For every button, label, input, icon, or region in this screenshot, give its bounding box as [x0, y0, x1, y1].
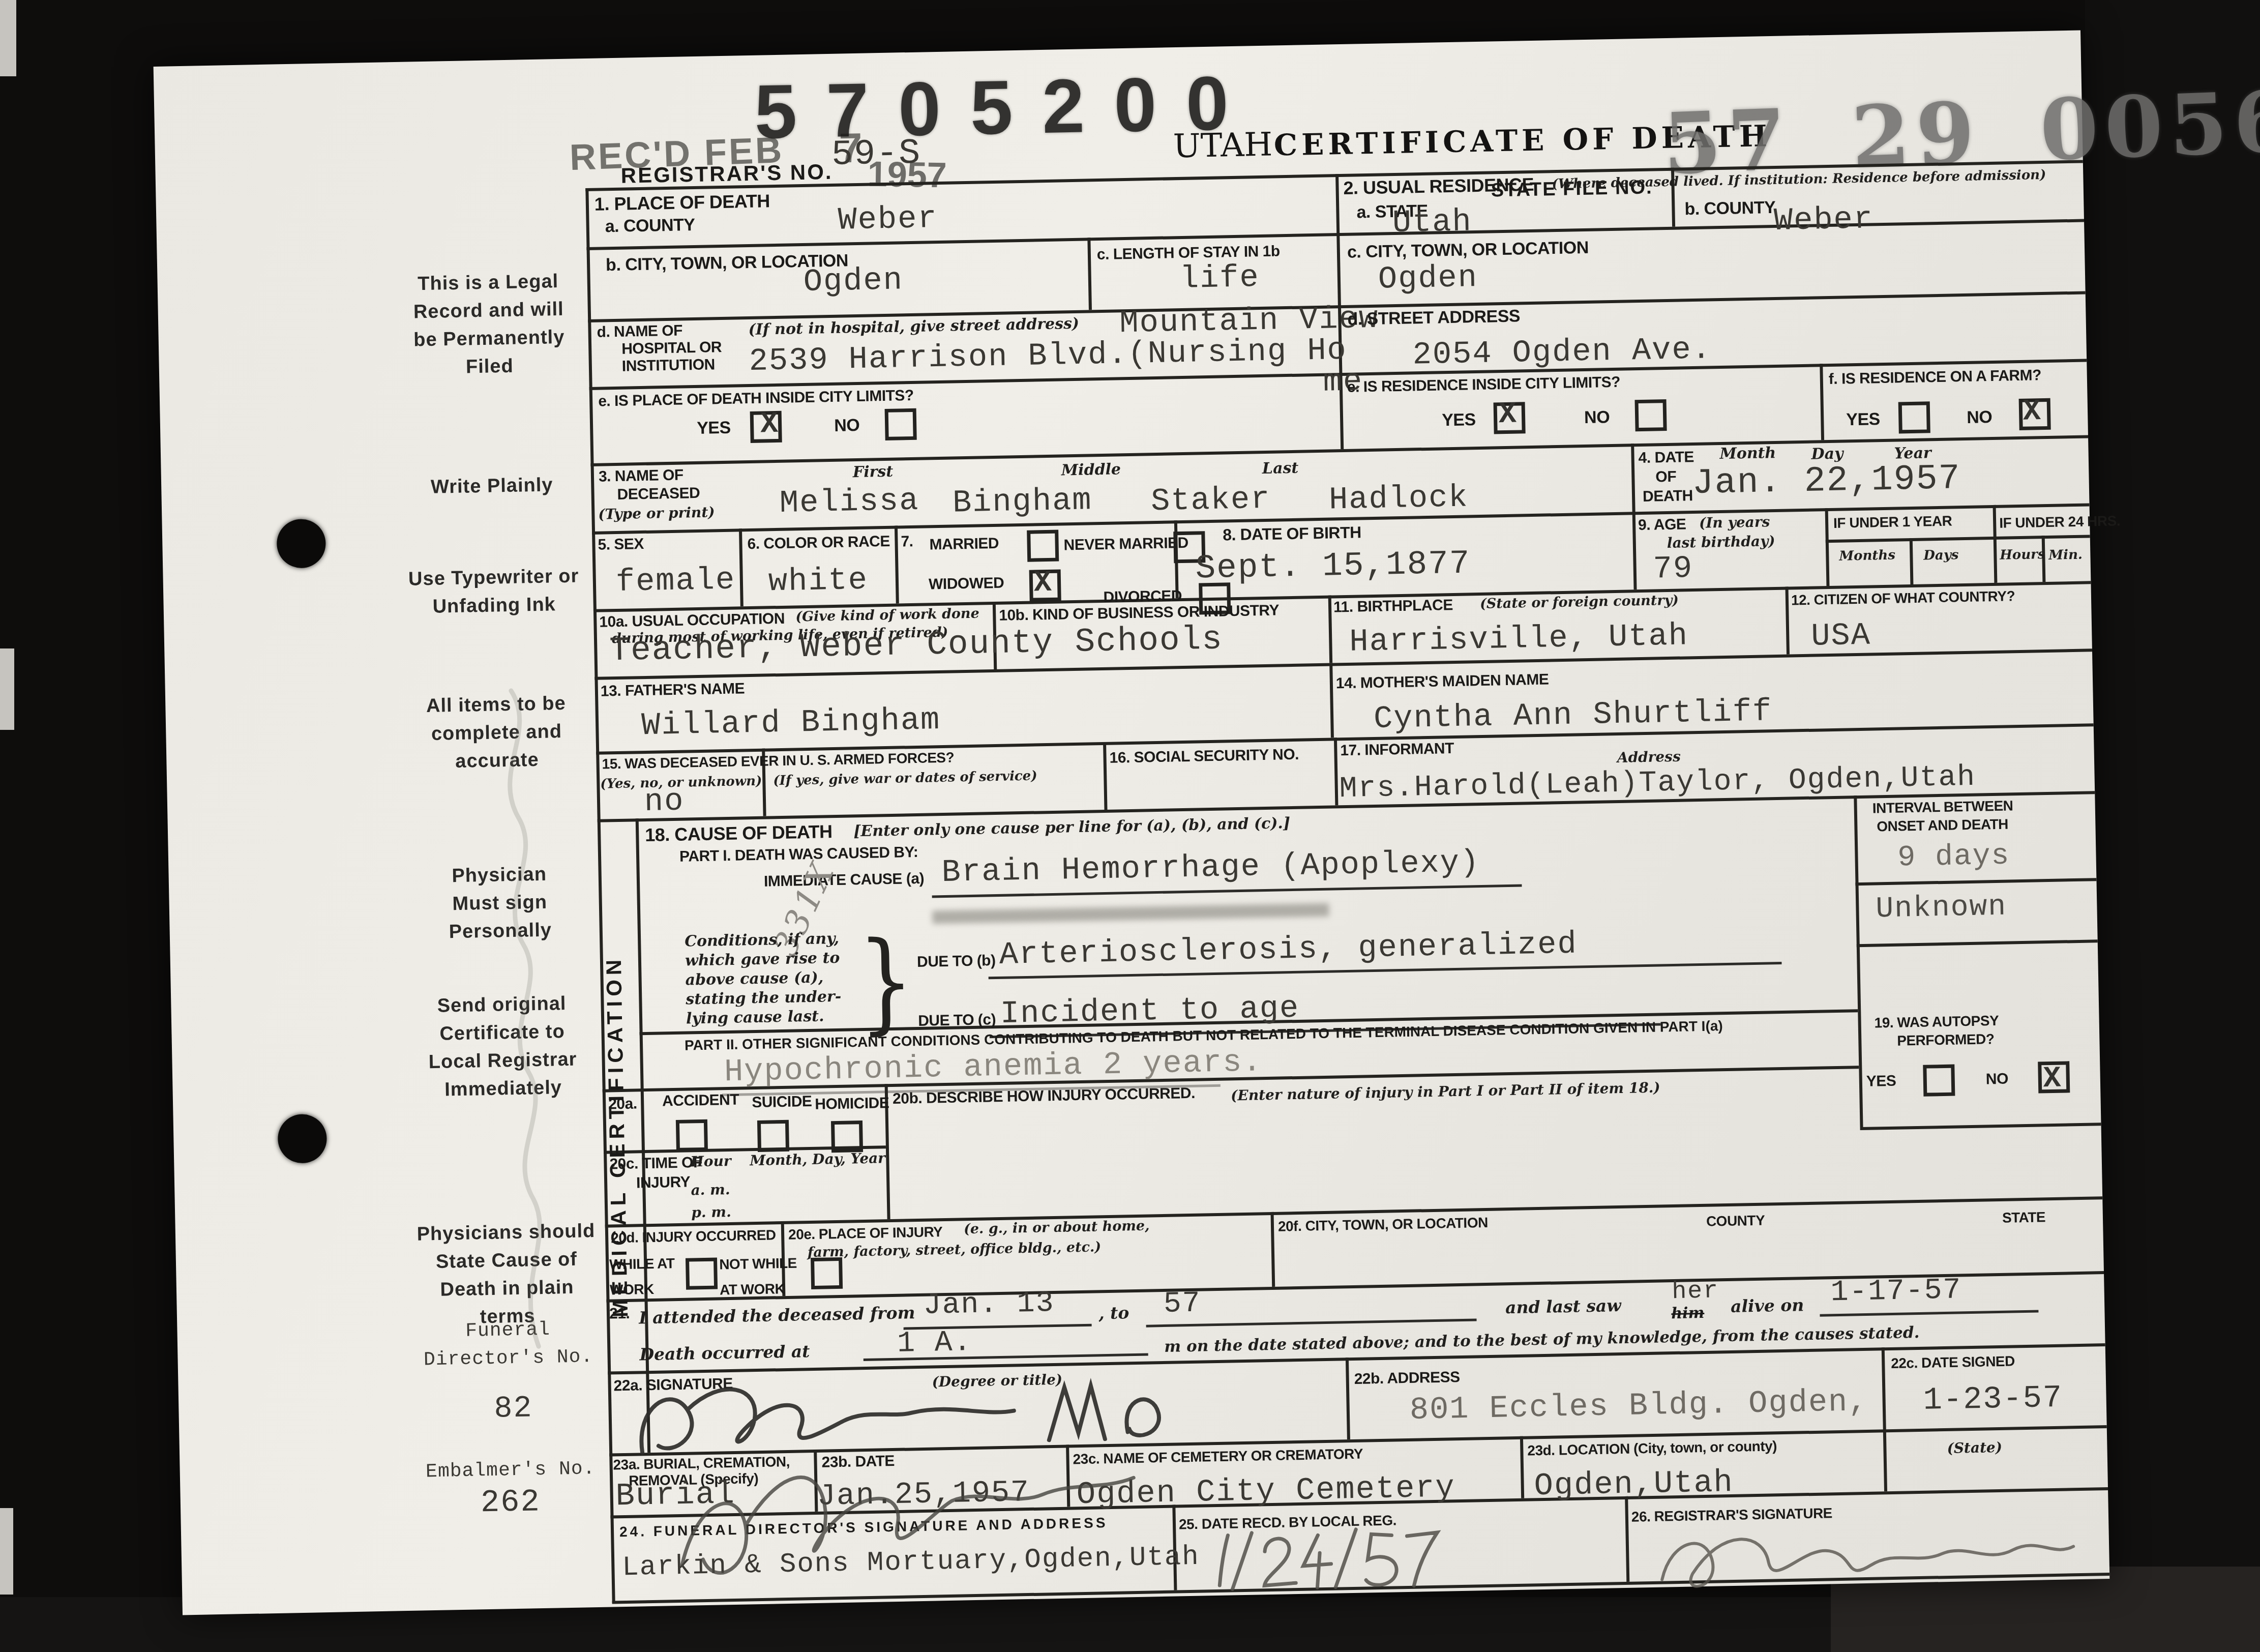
- field-20c-label: INJURY: [636, 1173, 691, 1192]
- rule: [1328, 596, 1333, 663]
- field-1d-label: INSTITUTION: [622, 356, 715, 375]
- field-18b-due-label: DUE TO (b): [917, 952, 996, 971]
- date-received-handwriting: [1203, 1520, 1469, 1601]
- field-21-text: Death occurred at: [639, 1341, 810, 1364]
- field-19-no-label: NO: [1985, 1071, 2008, 1088]
- margin-note: Use Typewriter or Unfading Ink: [402, 562, 586, 622]
- field-9-hint: last birthday): [1667, 533, 1775, 551]
- field-20b-label: 20b. DESCRIBE HOW INJURY OCCURRED.: [893, 1085, 1195, 1108]
- film-right-band: [2085, 0, 2260, 1652]
- field-9-months-header: Months: [1839, 548, 1895, 564]
- field-9-hours-header: Hours: [2000, 547, 2045, 563]
- field-18-conditions-hint: above cause (a),: [685, 968, 823, 989]
- field-3-label: 3. NAME OF: [599, 466, 683, 485]
- field-9-label: 9. AGE: [1638, 516, 1686, 534]
- field-9-days-header: Days: [1923, 547, 1959, 563]
- field-3-value-last: Hadlock: [1328, 479, 1469, 518]
- field-7-never-married-label: NEVER MARRIED: [1063, 535, 1188, 554]
- field-2f-no-label: NO: [1967, 407, 1993, 428]
- rule: [1270, 1212, 1275, 1287]
- ink-smudge: [932, 903, 1329, 924]
- field-21-text: and last saw: [1505, 1295, 1621, 1317]
- field-19-label: 19. WAS AUTOPSY: [1874, 1013, 1999, 1031]
- funeral-director-no-value: 82: [494, 1391, 533, 1426]
- field-20e-hint: farm, factory, street, office bldg., etc…: [808, 1239, 1102, 1260]
- field-9-min-header: Min.: [2048, 547, 2083, 563]
- field-11-value: Harrisville, Utah: [1349, 617, 1689, 660]
- rule: [1785, 587, 1790, 655]
- field-22b-value: 801 Eccles Bldg. Ogden,: [1409, 1383, 1868, 1428]
- field-2b-value: Weber: [1773, 201, 1874, 239]
- field-21-num: 21.: [609, 1305, 630, 1323]
- field-19-yes-label: YES: [1866, 1073, 1896, 1090]
- field-9-value: 79: [1653, 550, 1693, 587]
- field-2e-no-checkbox: [1635, 399, 1667, 431]
- margin-note: This is a Legal Record and will be Perma…: [409, 268, 569, 382]
- field-1b-value: Ogden: [803, 262, 903, 300]
- field-2e-yes-checkmark: X: [1498, 398, 1516, 432]
- rule: [1993, 505, 1998, 583]
- field-3-first-header: First: [853, 463, 894, 481]
- field-13-label: 13. FATHER'S NAME: [601, 680, 745, 700]
- rule: [1882, 1347, 1887, 1491]
- field-3-middle-header: Middle: [1061, 460, 1121, 479]
- field-22c-value: 1-23-57: [1923, 1380, 2063, 1419]
- rule: [1346, 1358, 1350, 1439]
- field-20a-homicide-checkbox: [831, 1120, 863, 1153]
- interval-label: INTERVAL BETWEEN: [1872, 798, 2013, 816]
- rule: [895, 526, 899, 604]
- rule: [1631, 444, 1637, 589]
- field-2f-yes-label: YES: [1846, 409, 1880, 430]
- field-22b-label: 22b. ADDRESS: [1354, 1369, 1460, 1388]
- field-7-widowed-checkmark: X: [1033, 567, 1052, 600]
- field-20a-accident-checkbox: [676, 1119, 708, 1152]
- field-1e-no-checkbox: [885, 408, 917, 440]
- field-17-label: 17. INFORMANT: [1340, 740, 1454, 759]
- registrar-no-value: 59-S: [831, 134, 921, 175]
- field-10a-hint: (Give kind of work done: [795, 606, 979, 625]
- field-18c-due-label: DUE TO (c): [918, 1011, 996, 1030]
- field-14-label: 14. MOTHER'S MAIDEN NAME: [1336, 671, 1549, 692]
- embalmer-no-label: Embalmer's No.: [413, 1455, 607, 1486]
- field-20e-hint: (e. g., in or about home,: [964, 1218, 1150, 1237]
- rule: [1329, 663, 1334, 737]
- field-15-hint: (If yes, give war or dates of service): [773, 768, 1037, 788]
- field-18-conditions-hint: Conditions, if any,: [685, 930, 840, 951]
- field-20f-label: 20f. CITY, TOWN, OR LOCATION: [1278, 1215, 1488, 1235]
- field-1e-label: e. IS PLACE OF DEATH INSIDE CITY LIMITS?: [598, 387, 914, 410]
- field-4-label: 4. DATE: [1638, 449, 1694, 467]
- field-18c-value: Incident to age: [1000, 990, 1299, 1032]
- field-3-value-first: Melissa: [779, 483, 919, 521]
- field-10b-label: 10b. KIND OF BUSINESS OR INDUSTRY: [999, 602, 1279, 624]
- rule: [1625, 1496, 1629, 1582]
- field-19-yes-checkbox: [1923, 1065, 1955, 1097]
- field-4-label: DEATH: [1643, 487, 1693, 506]
- field-1e-no-label: NO: [834, 416, 860, 436]
- interval-label: ONSET AND DEATH: [1877, 816, 2008, 835]
- rule: [1520, 1436, 1524, 1498]
- pencil-bleed-mark: [481, 685, 575, 1358]
- rule: [1103, 742, 1108, 810]
- field-1d-value-line2: 2539 Harrison Blvd.(Nursing Ho: [749, 332, 1347, 379]
- scanned-death-certificate: { "common": {"yes":"YES","no":"NO","x":"…: [0, 0, 2260, 1652]
- field-19-no-checkmark: X: [2043, 1063, 2061, 1096]
- field-21-hour-value: 1 A.: [897, 1326, 972, 1361]
- field-4-label: OF: [1655, 468, 1676, 486]
- field-4-month-header: Month: [1719, 444, 1776, 463]
- field-2d-label: d. STREET ADDRESS: [1347, 306, 1520, 329]
- field-20f-state-header: STATE: [2002, 1209, 2046, 1226]
- field-12-value: USA: [1811, 617, 1871, 655]
- field-20d-atwork-label: AT WORK: [720, 1281, 785, 1298]
- field-2d-value: 2054 Ogden Ave.: [1412, 331, 1712, 373]
- field-20e-label: 20e. PLACE OF INJURY: [788, 1224, 943, 1243]
- field-8-value: Sept. 15,1877: [1195, 544, 1471, 587]
- field-3-hint: (Type or print): [598, 504, 715, 522]
- field-21-her-correction: her: [1672, 1277, 1719, 1306]
- field-2a-value: Utah: [1392, 203, 1472, 241]
- field-1c-value: life: [1179, 259, 1260, 297]
- field-3-value-middle1: Bingham: [952, 482, 1092, 521]
- field-20a-accident-label: ACCIDENT: [662, 1091, 739, 1110]
- field-18-bracket-hint: [Enter only one cause per line for (a), …: [853, 814, 1291, 840]
- field-2-title: 2. USUAL RESIDENCE: [1343, 174, 1534, 199]
- field-16-label: 16. SOCIAL SECURITY NO.: [1109, 746, 1299, 767]
- field-14-value: Cyntha Ann Shurtliff: [1374, 693, 1773, 737]
- field-18-conditions-hint: stating the under-: [686, 988, 841, 1009]
- registrar-signature: [1651, 1511, 2090, 1600]
- field-21-text: alive on: [1731, 1295, 1804, 1316]
- field-20d-whileat-label: WHILE AT: [609, 1255, 675, 1273]
- field-1a-value: Weber: [838, 200, 938, 239]
- field-20d-whileat-checkbox: [686, 1258, 718, 1290]
- field-18-immediate-label: IMMEDIATE CAUSE (a): [764, 870, 925, 891]
- field-20a-num: 20a.: [608, 1095, 637, 1113]
- field-11-label: 11. BIRTHPLACE: [1333, 597, 1453, 616]
- punch-hole: [276, 519, 326, 569]
- field-21-text: I attended the deceased from: [639, 1303, 915, 1327]
- field-20d-work-label: WORK: [610, 1281, 654, 1299]
- field-17-value: Mrs.Harold(Leah)Taylor, Ogden,Utah: [1339, 761, 1976, 806]
- field-20c-mdy-header: Month, Day, Year: [750, 1149, 885, 1169]
- field-18b-value: Arteriosclerosis, generalized: [999, 926, 1578, 973]
- field-18-title: 18. CAUSE OF DEATH: [645, 821, 832, 846]
- film-edge-mark: [0, 648, 14, 730]
- rule: [1087, 238, 1092, 310]
- punch-hole: [278, 1114, 328, 1164]
- interval-value-a: 9 days: [1897, 839, 2010, 874]
- field-20c-label: 20c. TIME OF: [609, 1154, 702, 1173]
- field-9-under24hr-label: IF UNDER 24 HRS.: [1999, 513, 2120, 531]
- field-4-day-header: Day: [1811, 445, 1843, 463]
- field-1d-label: HOSPITAL OR: [621, 339, 722, 358]
- field-3-last-header: Last: [1262, 459, 1299, 478]
- field-7-married-checkbox: [1027, 530, 1059, 562]
- field-7-num: 7.: [901, 533, 913, 550]
- field-23d-label: 23d. LOCATION (City, town, or county): [1527, 1438, 1777, 1459]
- field-2c-label: c. CITY, TOWN, OR LOCATION: [1347, 238, 1589, 262]
- field-5-value: female: [615, 562, 736, 600]
- field-20d-label: 20d. INJURY OCCURRED: [611, 1227, 776, 1246]
- field-4-value: Jan. 22,1957: [1692, 459, 1961, 504]
- rule: [1826, 535, 2090, 543]
- field-2e-yes-label: YES: [1442, 410, 1476, 430]
- rule: [739, 528, 744, 606]
- field-13-value: Willard Bingham: [641, 702, 941, 744]
- field-2b-label: b. COUNTY: [1684, 198, 1775, 219]
- field-2c-value: Ogden: [1378, 259, 1478, 298]
- field-23d-state-hint: (State): [1947, 1439, 2002, 1457]
- field-20f-county-header: COUNTY: [1706, 1213, 1765, 1230]
- rule: [1820, 364, 1824, 440]
- field-7-divorced-label: DIVORCED: [1103, 587, 1182, 606]
- field-18a-value: Brain Hemorrhage (Apoplexy): [941, 844, 1480, 891]
- field-20a-homicide-label: HOMICIDE: [815, 1095, 889, 1113]
- field-21-lastseen-value: 1-17-57: [1830, 1274, 1962, 1309]
- field-21-him-struck: him: [1671, 1304, 1705, 1322]
- field-2e-label: e. IS RESIDENCE INSIDE CITY LIMITS?: [1347, 374, 1621, 396]
- rule: [1820, 1310, 2038, 1317]
- rule: [1855, 878, 2096, 886]
- field-21-to-value: 57: [1163, 1287, 1201, 1321]
- field-12-label: 12. CITIZEN OF WHAT COUNTRY?: [1791, 588, 2015, 608]
- field-3-label: DECEASED: [617, 485, 700, 504]
- embalmer-no-value: 262: [480, 1484, 541, 1521]
- field-2e-no-label: NO: [1584, 407, 1610, 428]
- field-21-text: , to: [1098, 1303, 1129, 1323]
- field-1d-label: d. NAME OF: [597, 322, 682, 341]
- rule: [1825, 508, 1830, 586]
- field-23d-value: Ogden,Utah: [1534, 1464, 1734, 1504]
- field-20d-notwhile-label: NOT WHILE: [719, 1255, 797, 1273]
- field-9-hint: (In years: [1699, 513, 1770, 532]
- field-20c-pm-label: p. m.: [691, 1203, 731, 1221]
- rule: [1910, 538, 1914, 584]
- field-20a-suicide-checkbox: [757, 1120, 789, 1152]
- field-7-married-label: MARRIED: [929, 535, 999, 554]
- field-8-label: 8. DATE OF BIRTH: [1223, 523, 1361, 544]
- field-5-label: 5. SEX: [598, 536, 644, 554]
- field-1a-label: a. COUNTY: [605, 215, 695, 237]
- field-9-under1yr-label: IF UNDER 1 YEAR: [1833, 513, 1952, 531]
- field-18-part1-label: PART I. DEATH WAS CAUSED BY:: [679, 844, 918, 866]
- rule: [1334, 737, 1339, 805]
- field-2f-label: f. IS RESIDENCE ON A FARM?: [1828, 367, 2041, 388]
- field-20c-am-label: a. m.: [691, 1181, 730, 1198]
- brace-glyph: }: [857, 917, 915, 1046]
- field-1e-yes-checkmark: X: [760, 408, 779, 441]
- field-1e-yes-label: YES: [697, 418, 731, 438]
- title-utah: UTAH: [1173, 126, 1273, 166]
- field-1-title: 1. PLACE OF DEATH: [594, 190, 770, 215]
- field-2f-yes-checkbox: [1898, 401, 1930, 433]
- field-22c-label: 22c. DATE SIGNED: [1891, 1353, 2015, 1372]
- film-edge-mark: [0, 1508, 13, 1595]
- field-20c-hour-header: Hour: [690, 1153, 731, 1170]
- field-6-label: 6. COLOR OR RACE: [747, 533, 890, 553]
- field-21-from-value: Jan. 13: [923, 1287, 1055, 1322]
- field-3-value-middle2: Staker: [1150, 481, 1271, 519]
- field-19-label: PERFORMED?: [1897, 1031, 1995, 1049]
- margin-note: Write Plainly: [405, 470, 579, 501]
- field-11-hint: (State or foreign country): [1480, 593, 1679, 612]
- field-20a-suicide-label: SUICIDE: [752, 1093, 812, 1111]
- field-18-conditions-hint: which gave rise to: [685, 949, 840, 970]
- rule: [1860, 1123, 2101, 1130]
- field-20b-hint: (Enter nature of injury in Part I or Par…: [1231, 1079, 1660, 1104]
- rule: [1854, 795, 1863, 1127]
- field-2f-no-checkmark: X: [2023, 395, 2041, 429]
- film-edge-mark: [0, 0, 16, 76]
- field-17-address-header: Address: [1617, 748, 1681, 766]
- rule: [1857, 939, 2098, 947]
- field-18-conditions-hint: lying cause last.: [686, 1007, 824, 1027]
- field-6-value: white: [768, 562, 868, 600]
- interval-value-b: Unknown: [1876, 891, 2007, 926]
- field-15-value: no: [644, 783, 685, 820]
- field-20d-notwhile-checkbox: [811, 1257, 843, 1289]
- certificate-paper: REC'D FEB 7 1957 5705200 REGISTRAR'S NO.…: [154, 31, 2110, 1615]
- field-7-widowed-label: WIDOWED: [929, 575, 1004, 594]
